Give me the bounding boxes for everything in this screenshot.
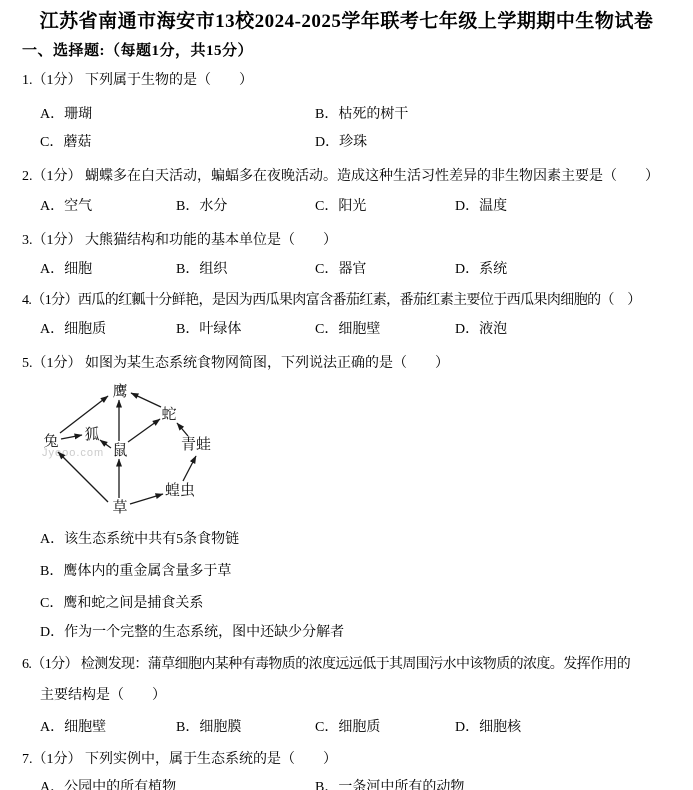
question-5-option-c: C．鹰和蛇之间是捕食关系 xyxy=(40,592,203,612)
question-6-option-d: D．细胞核 xyxy=(455,716,521,736)
edge-grass-rabbit xyxy=(58,452,108,502)
question-7-stem: 7.（1分） 下列实例中，属于生态系统的是（ ） xyxy=(22,748,337,768)
page-title: 江苏省南通市海安市13校2024-2025学年联考七年级上学期期中生物试卷 xyxy=(0,6,693,33)
node-rabbit-label: 兔 xyxy=(43,433,58,450)
question-2-option-c: C．阳光 xyxy=(315,195,366,215)
edge-mouse-fox xyxy=(100,440,111,448)
question-3-option-b: B．组织 xyxy=(176,258,227,278)
edge-snake-eagle xyxy=(131,393,161,407)
node-snake-label: 蛇 xyxy=(161,406,176,423)
node-eagle-label: 鹰 xyxy=(112,383,127,400)
question-5-option-b: B．鹰体内的重金属含量多于草 xyxy=(40,560,231,580)
question-2-option-d: D．温度 xyxy=(455,195,507,215)
question-5-stem: 5.（1分） 如图为某生态系统食物网简图，下列说法正确的是（ ） xyxy=(22,352,449,372)
question-1-stem: 1.（1分） 下列属于生物的是（ ） xyxy=(22,69,253,89)
question-5-option-a: A．该生态系统中共有5条食物链 xyxy=(40,528,239,548)
edge-rabbit-fox xyxy=(61,435,82,439)
question-1-option-d: D．珍珠 xyxy=(315,131,367,151)
question-7-option-a: A．公园中的所有植物 xyxy=(40,776,176,790)
question-5-option-d: D．作为一个完整的生态系统，图中还缺少分解者 xyxy=(40,621,344,641)
edge-mouse-snake xyxy=(128,419,160,442)
question-1-option-b: B．枯死的树干 xyxy=(315,103,408,123)
question-4-option-d: D．液泡 xyxy=(455,318,507,338)
node-grass-label: 草 xyxy=(112,498,127,516)
question-2-option-b: B．水分 xyxy=(176,195,227,215)
edge-grass-locust xyxy=(130,494,163,504)
node-frog-label: 青蛙 xyxy=(181,436,211,453)
question-6-option-b: B．细胞膜 xyxy=(176,716,241,736)
exam-paper-page: 江苏省南通市海安市13校2024-2025学年联考七年级上学期期中生物试卷 一、… xyxy=(0,0,693,790)
question-3-option-d: D．系统 xyxy=(455,258,507,278)
question-4-stem: 4.（1分）西瓜的红瓤十分鲜艳，是因为西瓜果肉富含番茄红素，番茄红素主要位于西瓜… xyxy=(22,289,641,309)
question-4-option-c: C．细胞壁 xyxy=(315,318,380,338)
question-1-option-a: A．珊瑚 xyxy=(40,103,92,123)
question-2-option-a: A．空气 xyxy=(40,195,92,215)
edge-locust-frog xyxy=(183,456,196,481)
question-6-stem-line1: 6.（1分） 检测发现：蒲草细胞内某种有毒物质的浓度远远低于其周围污水中该物质的… xyxy=(22,653,630,673)
edge-frog-snake xyxy=(177,423,188,436)
question-6-stem-line2: 主要结构是（ ） xyxy=(40,684,166,704)
node-mouse-label: 鼠 xyxy=(112,442,127,459)
section-header: 一、选择题:（每题1分，共15分） xyxy=(22,39,253,60)
node-locust-label: 蝗虫 xyxy=(165,482,195,499)
question-7-option-b: B．一条河中所有的动物 xyxy=(315,776,464,790)
question-6-option-a: A．细胞壁 xyxy=(40,716,106,736)
food-web-diagram: 鹰 蛇 兔 狐 鼠 青蛙 蝗虫 草 xyxy=(35,378,265,520)
question-4-option-b: B．叶绿体 xyxy=(176,318,241,338)
question-6-option-c: C．细胞质 xyxy=(315,716,380,736)
node-fox-label: 狐 xyxy=(84,426,99,443)
question-3-stem: 3.（1分） 大熊猫结构和功能的基本单位是（ ） xyxy=(22,229,337,249)
question-3-option-c: C．器官 xyxy=(315,258,366,278)
question-4-option-a: A．细胞质 xyxy=(40,318,106,338)
question-2-stem: 2.（1分） 蝴蝶多在白天活动，蝙蝠多在夜晚活动。造成这种生活习性差异的非生物因… xyxy=(22,165,659,185)
question-3-option-a: A．细胞 xyxy=(40,258,92,278)
question-1-option-c: C．蘑菇 xyxy=(40,131,91,151)
